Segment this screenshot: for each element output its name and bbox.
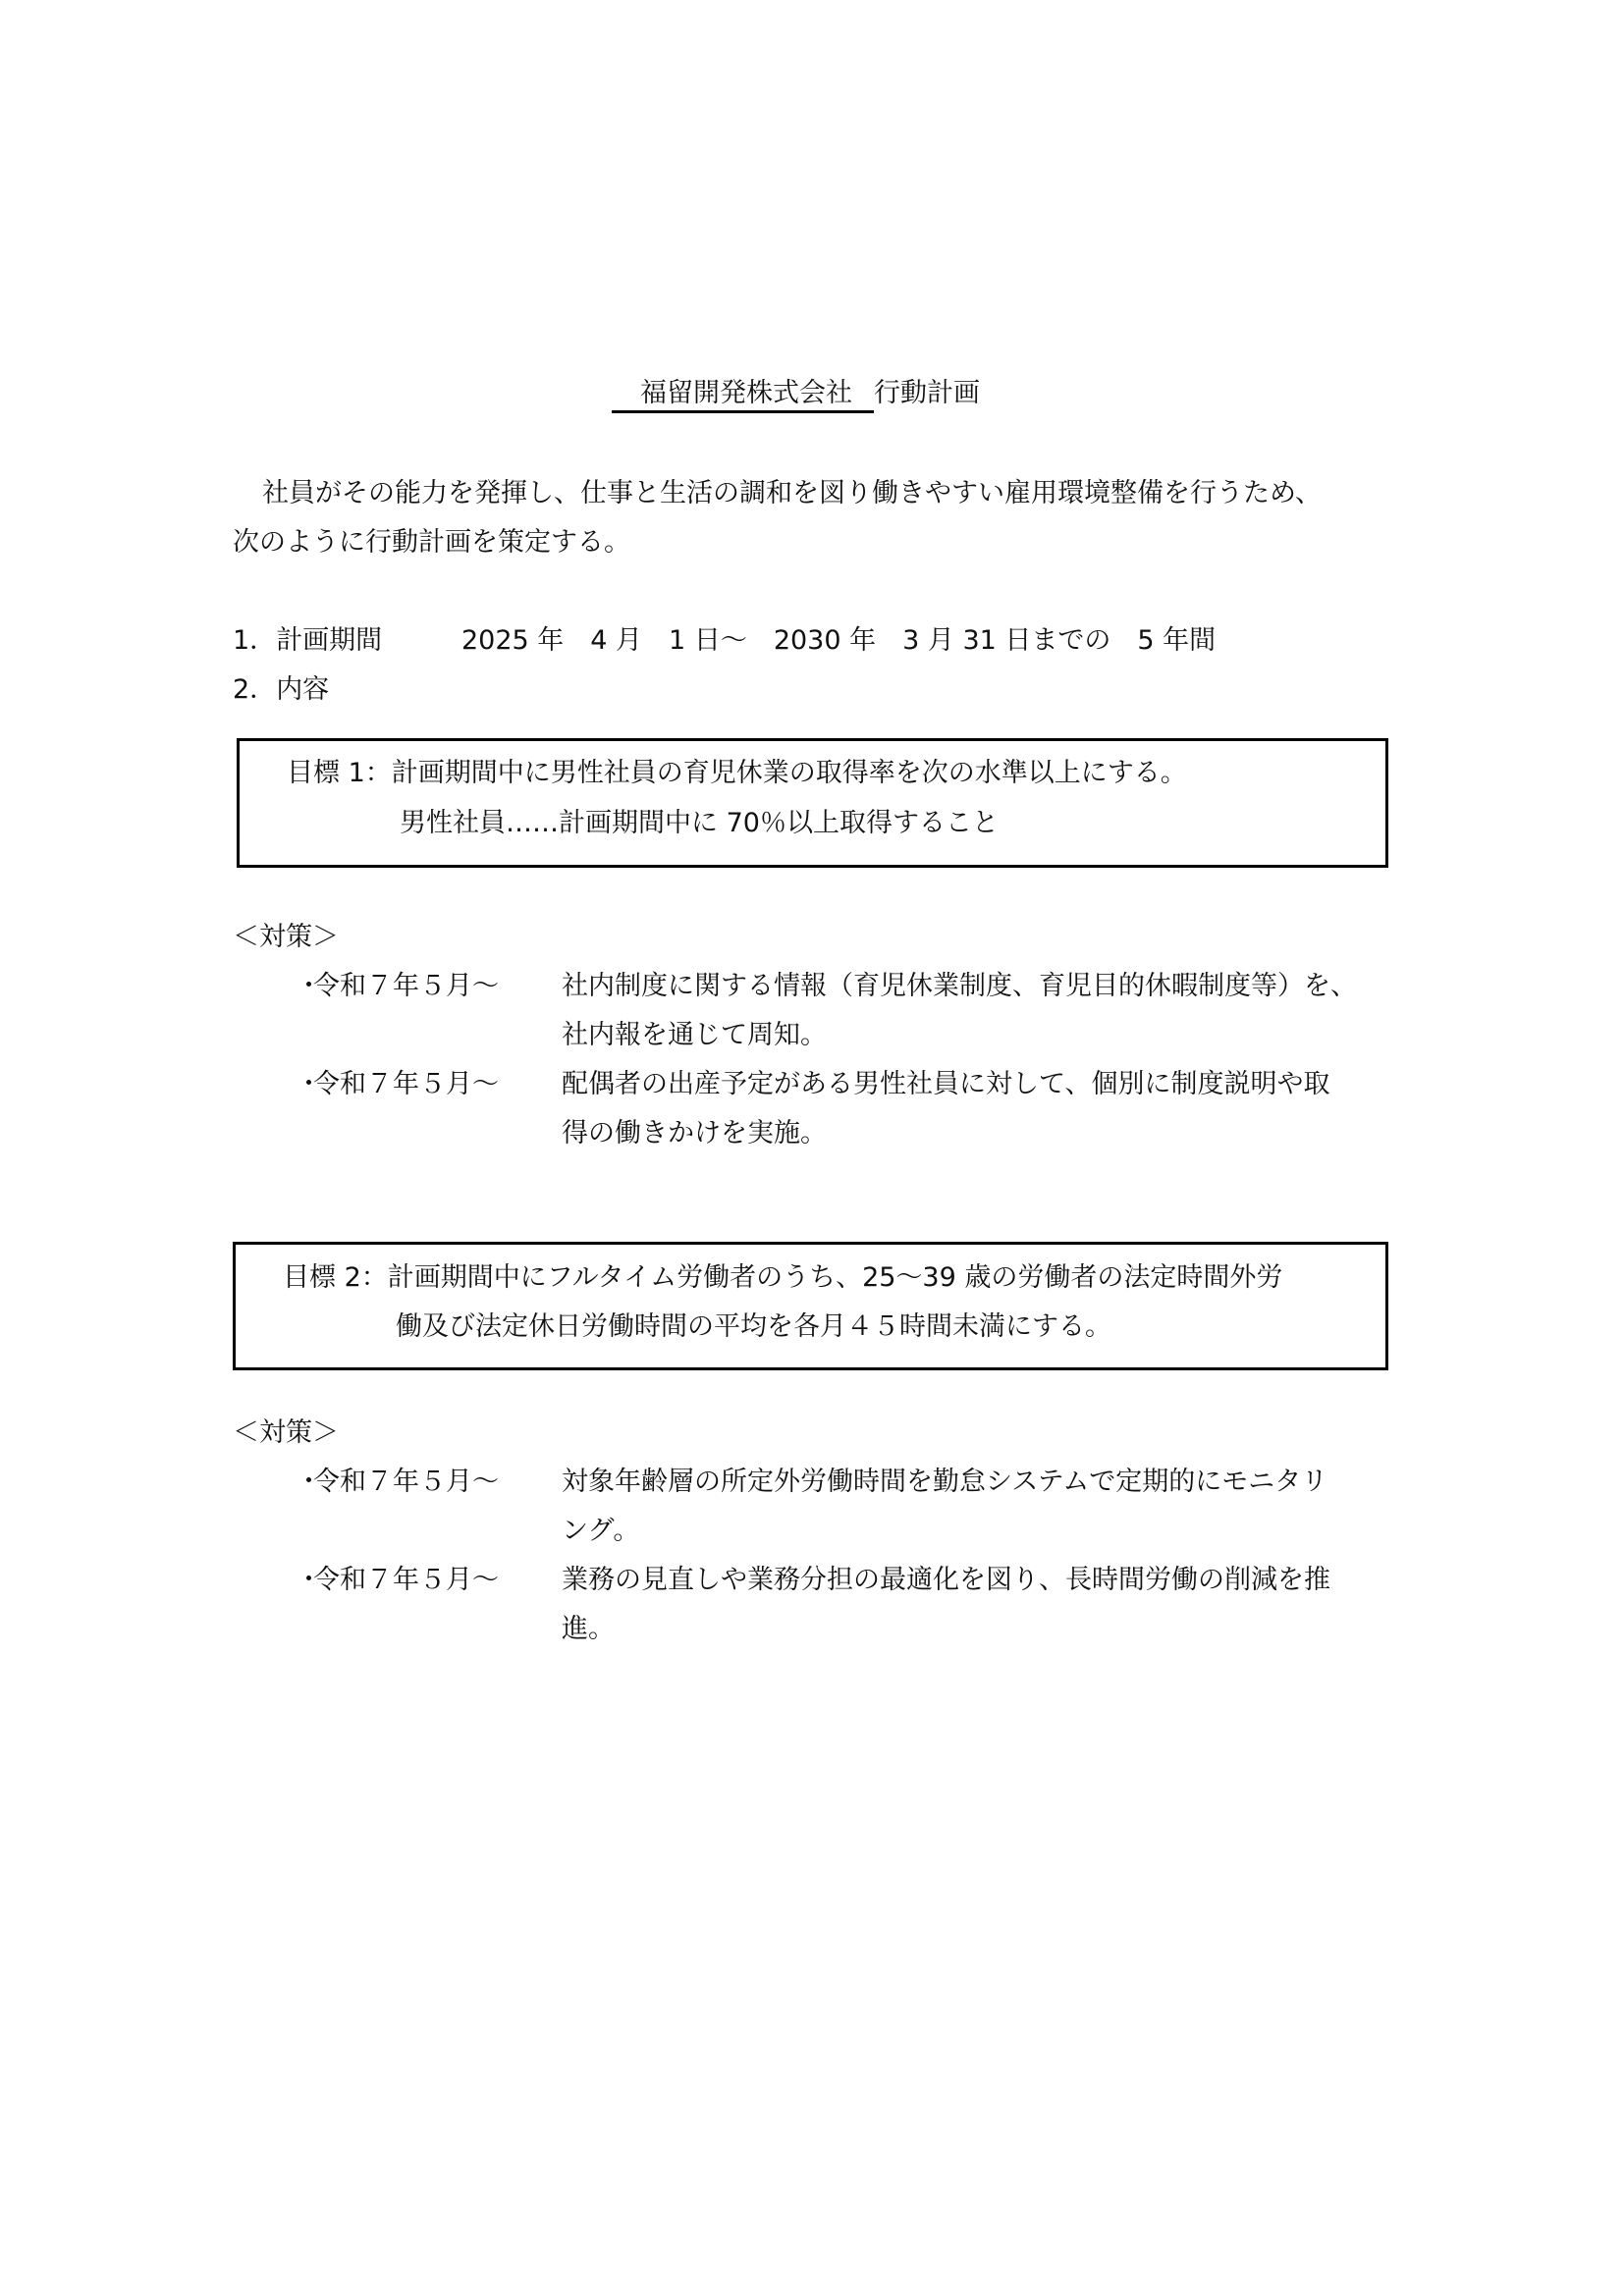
- measure-1-2-line-1: 配偶者の出産予定がある男性社員に対して、個別に制度説明や取: [562, 1068, 1329, 1101]
- goal-2-line-1: 目標 2：計画期間中にフルタイム労働者のうち、25～39 歳の労働者の法定時間外…: [283, 1261, 1282, 1295]
- bullet-icon: ・: [296, 1564, 313, 1597]
- section-label: 計画期間: [276, 625, 382, 656]
- section-plan-period: 1．計画期間 2025 年 4 月 1 日～ 2030 年 3 月 31 日まで…: [233, 624, 382, 658]
- measure-2-2-date: ・令和７年５月～: [296, 1564, 499, 1597]
- bullet-icon: ・: [296, 1466, 313, 1499]
- bullet-icon: ・: [296, 970, 313, 1003]
- goal-2-line-2: 働及び法定休日労働時間の平均を各月４５時間未満にする。: [396, 1310, 1111, 1344]
- goal-1-heading: 目標 1：: [287, 758, 392, 788]
- goal-2-box: 目標 2：計画期間中にフルタイム労働者のうち、25～39 歳の労働者の法定時間外…: [233, 1242, 1388, 1370]
- measure-2-2-line-2: 進。: [562, 1613, 615, 1646]
- intro-line-2: 次のように行動計画を策定する。: [233, 526, 630, 560]
- section-label: 内容: [276, 674, 329, 705]
- goal-1-text-1: 計画期間中に男性社員の育児休業の取得率を次の水準以上にする。: [392, 758, 1187, 788]
- intro-line-1: 社員がその能力を発揮し、仕事と生活の調和を図り働きやすい雇用環境整備を行うため、: [262, 477, 1322, 510]
- goal-2-text-1: 計画期間中にフルタイム労働者のうち、25～39 歳の労働者の法定時間外労: [388, 1262, 1283, 1293]
- plan-period-value: 2025 年 4 月 1 日～ 2030 年 3 月 31 日までの 5 年間: [461, 624, 1216, 658]
- section-number: 1．: [233, 625, 276, 656]
- measure-1-1-date: ・令和７年５月～: [296, 970, 499, 1003]
- document-title: 福留開発株式会社行動計画: [612, 377, 980, 413]
- goal-1-box: 目標 1：計画期間中に男性社員の育児休業の取得率を次の水準以上にする。 男性社員…: [237, 738, 1388, 868]
- goal-2-heading: 目標 2：: [283, 1262, 388, 1293]
- goal-1-line-2: 男性社員……計画期間中に 70％以上取得すること: [400, 807, 999, 840]
- bullet-icon: ・: [296, 1068, 313, 1101]
- section-content: 2．内容: [233, 673, 329, 707]
- measure-2-2-line-1: 業務の見直しや業務分担の最適化を図り、長時間労働の削減を推: [562, 1564, 1330, 1597]
- measure-1-1-line-2: 社内報を通じて周知。: [562, 1019, 827, 1052]
- measure-1-2-line-2: 得の働きかけを実施。: [562, 1117, 827, 1150]
- company-name: 福留開発株式会社: [612, 377, 874, 413]
- measure-2-1-date: ・令和７年５月～: [296, 1466, 499, 1499]
- goal-1-measures-heading: ＜対策＞: [233, 921, 339, 954]
- goal-2-measures-heading: ＜対策＞: [233, 1416, 339, 1450]
- goal-1-line-1: 目標 1：計画期間中に男性社員の育児休業の取得率を次の水準以上にする。: [287, 757, 1187, 790]
- measure-1-1-line-1: 社内制度に関する情報（育児休業制度、育児目的休暇制度等）を、: [562, 970, 1357, 1003]
- document-name: 行動計画: [874, 377, 980, 410]
- section-number: 2．: [233, 674, 276, 705]
- measure-2-1-line-2: ング。: [562, 1515, 639, 1548]
- measure-1-2-date: ・令和７年５月～: [296, 1068, 499, 1101]
- measure-2-1-line-1: 対象年齢層の所定外労働時間を勤怠システムで定期的にモニタリ: [562, 1466, 1327, 1499]
